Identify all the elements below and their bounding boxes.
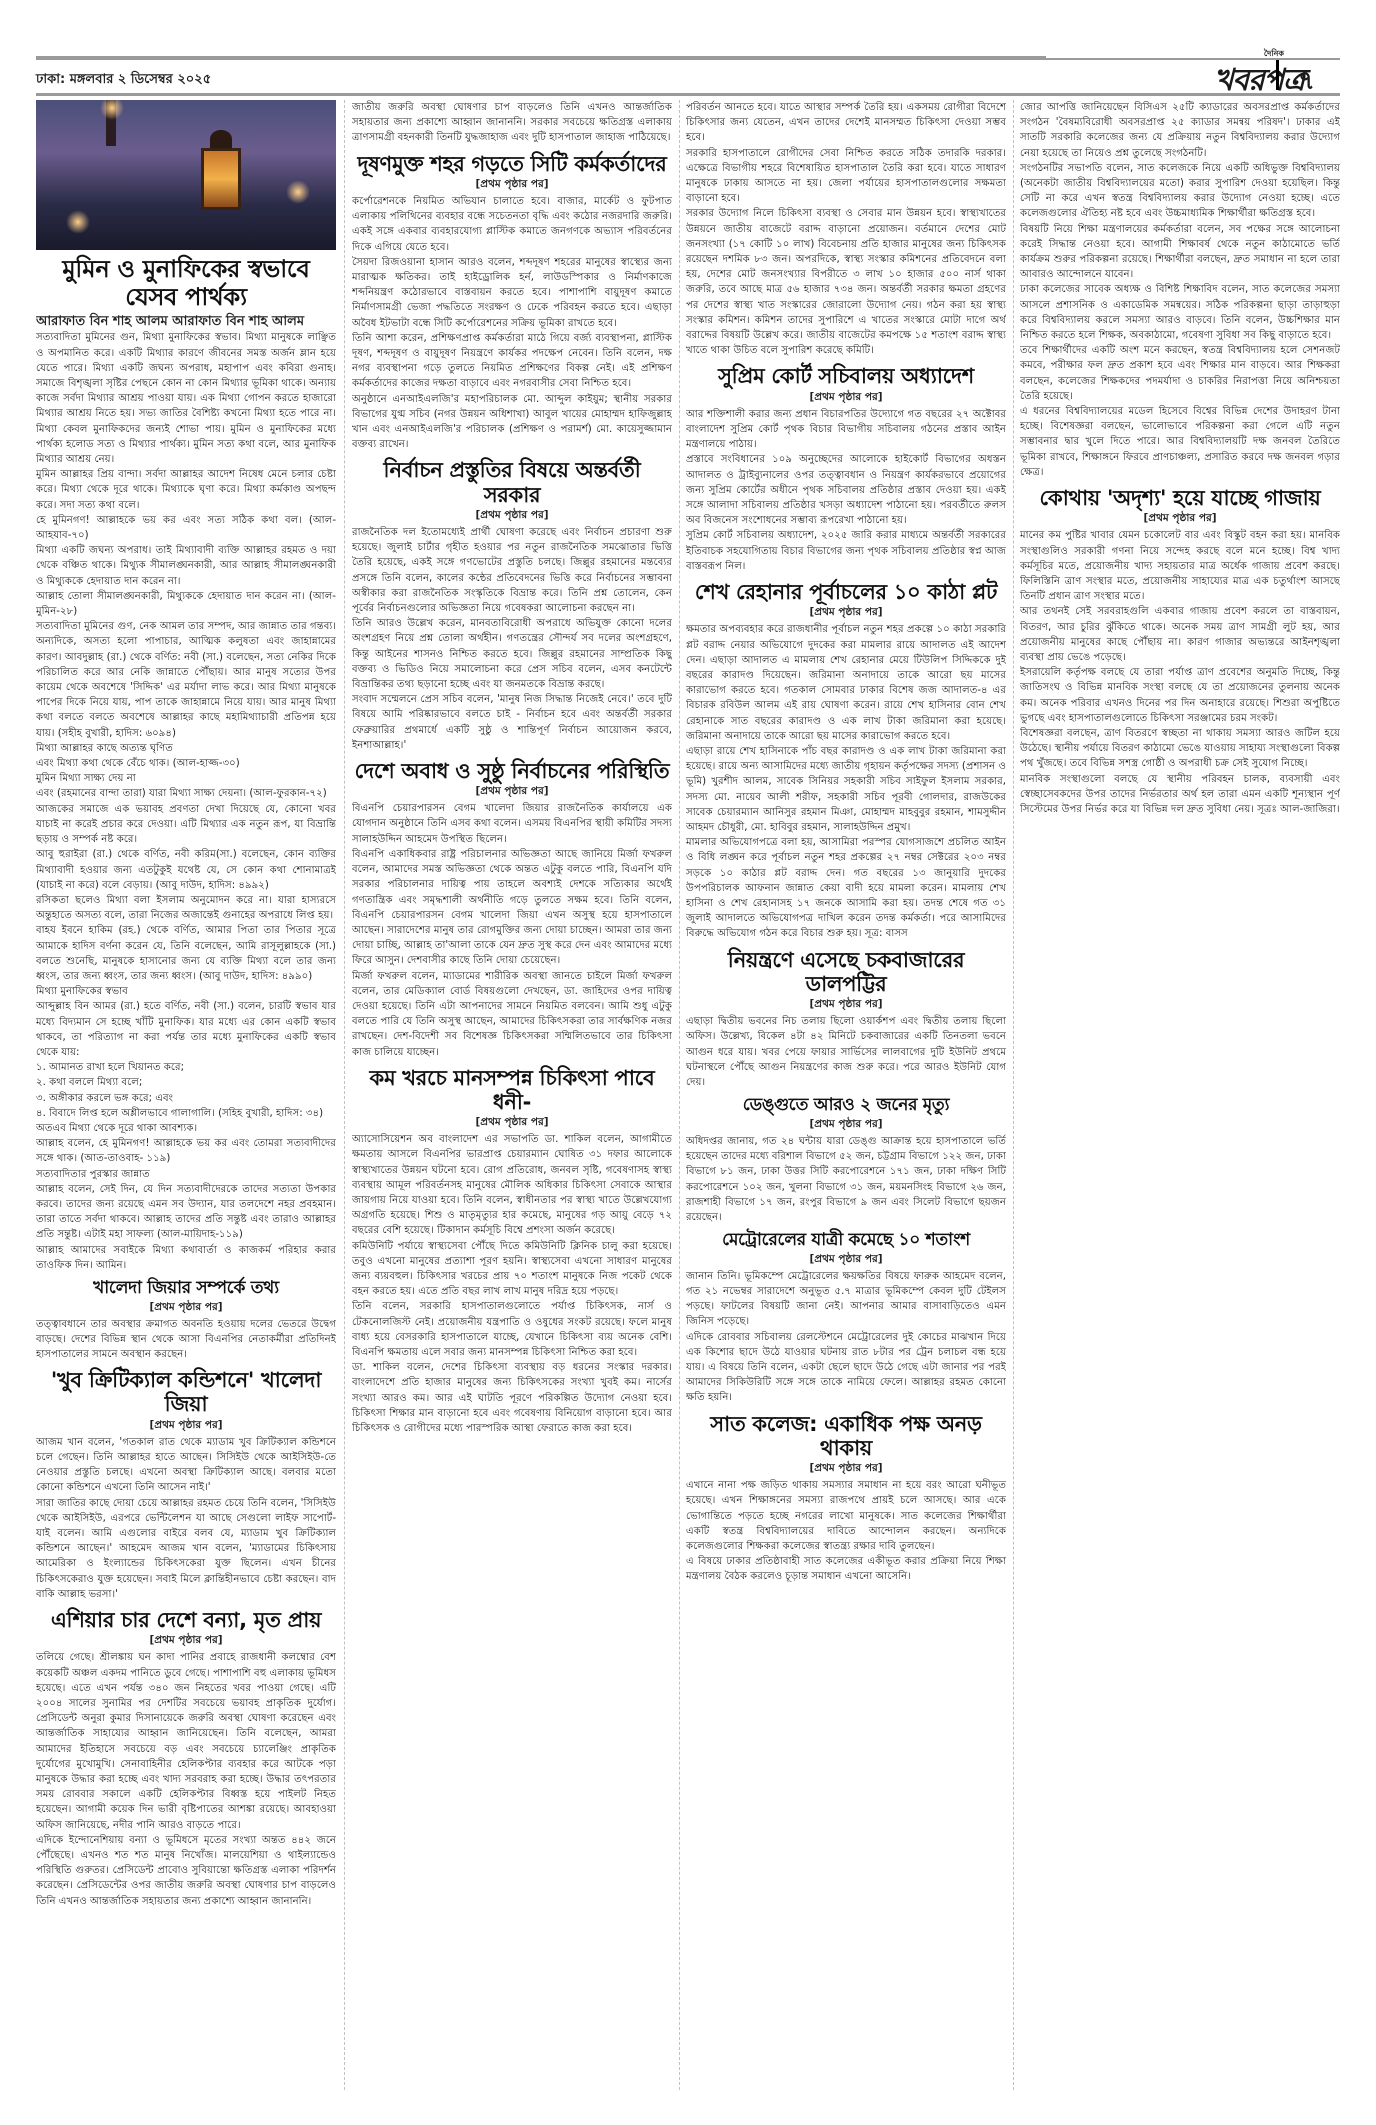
paragraph: মানবিক সংস্থাগুলো বলছে যে স্থানীয় পরিবহ… (1020, 772, 1340, 818)
article-headline: নির্বাচন প্রস্তুতির বিষয়ে অন্তর্বর্তী স… (352, 458, 672, 506)
paragraph: সারা জাতির কাছে দোয়া চেয়ে আল্লাহর রহমত… (36, 1496, 336, 1602)
lead-text: জোর আপত্তি জানিয়েছেন বিসিএস ২৫টি ক্যাডা… (1020, 100, 1340, 161)
article-election-prep: নির্বাচন প্রস্তুতির বিষয়ে অন্তর্বর্তী স… (352, 458, 672, 753)
continued-label: [প্রথম পৃষ্ঠার পর] (686, 1117, 1006, 1132)
paragraph: আজম খান বলেন, 'গতকাল রাত থেকে ম্যাডাম খু… (36, 1435, 336, 1496)
continued-label: [প্রথম পৃষ্ঠার পর] (352, 177, 672, 192)
paragraph: সংবাদ সম্মেলনে প্রেস সচিব বলেন, 'মানুষ ন… (352, 692, 672, 753)
article-pollution-free-city: দূষণমুক্ত শহর গড়তে সিটি কর্মকর্তাদের [প… (352, 152, 672, 453)
paragraph: বিষয়টি নিয়ে শিক্ষা মন্ত্রণালয়ের কর্মক… (1020, 222, 1340, 283)
article-headline: সাত কলেজ: একাধিক পক্ষ অনড় থাকায় (686, 1412, 1006, 1460)
article-body: সত্যবাদিতা মুমিনের গুন, মিথ্যা মুনাফিকের… (36, 330, 336, 1273)
paragraph: এবং (রহমানের বান্দা তারা) যারা মিথ্যা সা… (36, 786, 336, 801)
paragraph: আর শক্তিশালী করার জন্য প্রধান বিচারপতির … (686, 407, 1006, 453)
paragraph: এখানে নানা পক্ষ জড়িত থাকায় সমস্যার সমা… (686, 1478, 1006, 1554)
paragraph: কর্পোরেশনকে নিয়মিত অভিযান চালাতে হবে। ব… (352, 194, 672, 255)
column-1: মুমিন ও মুনাফিকের স্বভাবে যেসব পার্থক্য … (36, 100, 336, 2060)
paragraph: তলিয়ে গেছে। শ্রীলঙ্কায় ঘন কাদা পানির প… (36, 1650, 336, 1832)
paragraph: মিথ্যা আল্লাহর কাছে অত্যন্ত ঘৃণিত (36, 741, 336, 756)
paragraph: সত্যবাদিতা মুমিনের গুন, মিথ্যা মুনাফিকের… (36, 330, 336, 467)
paragraph: অধিদপ্তর জানায়, গত ২৪ ঘন্টায় যারা ডেঙ্… (686, 1134, 1006, 1225)
paragraph: সৈয়দা রিজওয়ানা হাসান আরও বলেন, শব্দদূষ… (352, 255, 672, 331)
article-metrorail: মেট্রোরেলের যাত্রী কমেছে ১০ শতাংশ [প্রথম… (686, 1231, 1006, 1406)
article-seven-colleges-continued: সংগঠনটির সভাপতি বলেন, সাত কলেজকে নিয়ে এ… (1020, 161, 1340, 480)
continued-label: [প্রথম পৃষ্ঠার পর] (352, 1115, 672, 1130)
paragraph: মুমিন মিথ্যা সাক্ষ্য দেয় না (36, 771, 336, 786)
continued-label: [প্রথম পৃষ্ঠার পর] (352, 784, 672, 799)
paragraph: সত্যবাদিতার পুরস্কার জান্নাত (36, 1167, 336, 1182)
paragraph: ৩. অঙ্গীকার করলে ভঙ্গ করে; এবং (36, 1091, 336, 1106)
article-headline: কোথায় 'অদৃশ্য' হয়ে যাচ্ছে গাজায় (1020, 486, 1340, 510)
paragraph: প্রস্তাবে সংবিধানের ১০৯ অনুচ্ছেদের আলোকে… (686, 452, 1006, 528)
paragraph: এ ধরনের বিশ্ববিদ্যালয়ের মডেল হিসেবে বিশ… (1020, 404, 1340, 480)
lantern-moon-photo (36, 100, 336, 250)
continued-label: [প্রথম পৃষ্ঠার পর] (36, 1300, 336, 1315)
lead-text: জাতীয় জরুরি অবস্থা ঘোষণার চাপ বাড়লেও ত… (352, 100, 672, 146)
paragraph: এ বিষয়ে ঢাকার প্রতিষ্ঠাবাহী সাত কলেজের … (686, 1554, 1006, 1584)
paragraph: এছাড়া রায়ে শেখ হাসিনাকে পাঁচ বছর কারাদ… (686, 744, 1006, 835)
paragraph: ঢাকা কলেজের সাবেক অধ্যক্ষ ও বিশিষ্ট শিক্… (1020, 282, 1340, 343)
newspaper-logo: দৈনিক খবরপত্র (1178, 46, 1308, 92)
paragraph: বিএনপি চেয়ারপারসন বেগম খালেদা জিয়ার রা… (352, 801, 672, 847)
page-number: ৭ (1298, 60, 1315, 104)
continued-label: [প্রথম পৃষ্ঠার পর] (686, 1252, 1006, 1267)
article-dengue: ডেঙ্গুতে আরও ২ জনের মৃত্যু [প্রথম পৃষ্ঠা… (686, 1096, 1006, 1225)
paragraph: আল্লাহ আমাদের সবাইকে মিথ্যা কথাবার্তা ও … (36, 1243, 336, 1273)
continued-label: [প্রথম পৃষ্ঠার পর] (686, 390, 1006, 405)
masthead: ঢাকা: মঙ্গলবার ২ ডিসেম্বর ২০২৫ দৈনিক খবর… (36, 56, 1340, 96)
paragraph: মুমিন আল্লাহর প্রিয় বান্দা। সর্বদা আল্ল… (36, 467, 336, 513)
article-headline: 'খুব ক্রিটিক্যাল কন্ডিশনে' খালেদা জিয়া (36, 1368, 336, 1416)
continued-label: [প্রথম পৃষ্ঠার পর] (686, 1461, 1006, 1476)
article-khaleda-info: খালেদা জিয়ার সম্পর্কে তথ্য [প্রথম পৃষ্ঠ… (36, 1279, 336, 1362)
article-byline: আরাফাত বিন শাহ আলম আরাফাত বিন শাহ আলম (36, 314, 336, 329)
paragraph: সুপ্রিম কোর্ট সচিবালয় অধ্যাদেশ, ২০২৫ জা… (686, 528, 1006, 574)
article-headline: সুপ্রিম কোর্ট সচিবালয় অধ্যাদেশ (686, 364, 1006, 388)
article-chawkbazar-fire: নিয়ন্ত্রণে এসেছে চকবাজারের ডালপট্টির [প… (686, 948, 1006, 1091)
continued-label: [প্রথম পৃষ্ঠার পর] (36, 1633, 336, 1648)
article-headline: শেখ রেহানার পূর্বাচলের ১০ কাঠা প্লট (686, 580, 1006, 604)
paragraph: এবং মিথ্যা কথা থেকে বেঁচে থাক। (আল-হাজ্জ… (36, 756, 336, 771)
newspaper-page: ঢাকা: মঙ্গলবার ২ ডিসেম্বর ২০২৫ দৈনিক খবর… (36, 0, 1340, 2125)
paragraph: অনুষ্ঠানে এনআইএলজি'র মহাপরিচালক মো. আব্দ… (352, 392, 672, 453)
article-purbachal-plot: শেখ রেহানার পূর্বাচলের ১০ কাঠা প্লট [প্র… (686, 580, 1006, 942)
masthead-bottom-rule (36, 93, 1340, 96)
paragraph: আর তথনই সেই সরবরাহগুলি একবার গাজায় প্রব… (1020, 604, 1340, 665)
column-3: পরিবর্তন আনতে হবে। যাতে আস্থার সম্পর্ক ত… (686, 100, 1006, 2080)
article-asia-flood: এশিয়ার চার দেশে বন্যা, মৃত প্রায় [প্রথ… (36, 1608, 336, 1909)
paragraph: তিনি বলেন, সরকারি হাসপাতালগুলোতে পর্যাপ্… (352, 1299, 672, 1360)
masthead-top-rule (36, 56, 1046, 60)
article-headline: মুমিন ও মুনাফিকের স্বভাবে যেসব পার্থক্য (36, 256, 336, 311)
paragraph: হে মুমিনগণ! আল্লাহকে ভয় কর এবং সত্য সঠি… (36, 513, 336, 543)
paragraph: তিনি আরও উল্লেখ করেন, মানবতাবিরোধী অপরাধ… (352, 616, 672, 692)
paragraph: তবে শিক্ষার্থীদের একটি অংশ মনে করছেন, স্… (1020, 343, 1340, 404)
paragraph: মানের কম পুষ্টির খাবার যেমন চকোলেট বার এ… (1020, 528, 1340, 604)
paragraph: এদিকে ইন্দোনেশিয়ায় বন্যা ও ভূমিধসে মৃত… (36, 1833, 336, 1909)
paragraph: ডা. শাকিল বলেন, দেশের চিকিৎসা ব্যবস্থায়… (352, 1360, 672, 1436)
paragraph: বাহয ইবনে হাকিম (রহ.) থেকে বর্ণিত, আমার … (36, 923, 336, 984)
column-divider (679, 100, 680, 2090)
paragraph: তিনি আশা করেন, প্রশিক্ষণপ্রাপ্ত কর্মকর্ত… (352, 331, 672, 392)
paragraph: সত্যবাদিতা মুমিনের গুণ, নেক আমল তার সম্প… (36, 619, 336, 741)
column-4: জোর আপত্তি জানিয়েছেন বিসিএস ২৫টি ক্যাডা… (1020, 100, 1340, 2080)
paragraph: জানান তিনি। ভূমিকম্পে মেট্রোরেলের ক্ষয়ক… (686, 1269, 1006, 1330)
article-seven-colleges: সাত কলেজ: একাধিক পক্ষ অনড় থাকায় [প্রথম… (686, 1412, 1006, 1585)
lantern-icon (196, 130, 246, 220)
paragraph: মির্জা ফখরুল বলেন, ম্যাডামের শারীরিক অবস… (352, 969, 672, 1060)
paragraph: ১. আমানত রাখা হলে খিয়ানত করে; (36, 1060, 336, 1075)
continued-label: [প্রথম পৃষ্ঠার পর] (686, 997, 1006, 1012)
paragraph: মামলার অভিযোগপত্রে বলা হয়, আসামিরা পরস্… (686, 835, 1006, 941)
continued-label: [প্রথম পৃষ্ঠার পর] (686, 605, 1006, 620)
paragraph: আল্লাহ বলেন, হে মুমিনগণ! আল্লাহকে ভয় কর… (36, 1136, 336, 1166)
article-gaza-aid: কোথায় 'অদৃশ্য' হয়ে যাচ্ছে গাজায় [প্রথ… (1020, 486, 1340, 817)
column-2: জাতীয় জরুরি অবস্থা ঘোষণার চাপ বাড়লেও ত… (352, 100, 672, 2080)
paragraph: অ্যাসোসিয়েশন অব বাংলাদেশ এর সভাপতি ডা. … (352, 1132, 672, 1238)
paragraph: বিশেষজ্ঞরা বলছেন, ত্রাণ বিতরণে স্বচ্ছতা … (1020, 726, 1340, 772)
paragraph: সরকারি হাসপাতালে রোগীদের সেবা নিশ্চিত কর… (686, 146, 1006, 207)
article-critical-condition: 'খুব ক্রিটিক্যাল কন্ডিশনে' খালেদা জিয়া … (36, 1368, 336, 1602)
continued-label: [প্রথম পৃষ্ঠার পর] (1020, 511, 1340, 526)
paragraph: ৪. বিবাদে লিপ্ত হলে অশ্লীলভাবে গালাগালি।… (36, 1106, 336, 1121)
article-headline: দূষণমুক্ত শহর গড়তে সিটি কর্মকর্তাদের (352, 152, 672, 176)
article-supreme-court-secretariat: সুপ্রিম কোর্ট সচিবালয় অধ্যাদেশ [প্রথম প… (686, 364, 1006, 574)
article-headline: নিয়ন্ত্রণে এসেছে চকবাজারের ডালপট্টির (686, 948, 1006, 996)
paragraph: অতএব মিথ্যা থেকে দূরে থাকা আবশ্যক। (36, 1121, 336, 1136)
article-headline: ডেঙ্গুতে আরও ২ জনের মৃত্যু (686, 1096, 1006, 1116)
article-health-continued: সরকারি হাসপাতালে রোগীদের সেবা নিশ্চিত কর… (686, 146, 1006, 359)
paragraph: মিথ্যা মুনাফিকের স্বভাব (36, 984, 336, 999)
paragraph: তত্ত্বাবধানে তার অবস্থার ক্রমাগত অবনতি হ… (36, 1317, 336, 1363)
article-headline: দেশে অবাধ ও সুষ্ঠু নির্বাচনের পরিস্থিতি (352, 759, 672, 783)
paragraph: বিএনপি একাধিকবার রাষ্ট্র পরিচালনার অভিজ্… (352, 847, 672, 969)
continued-label: [প্রথম পৃষ্ঠার পর] (36, 1418, 336, 1433)
column-divider (344, 100, 345, 2090)
article-headline: কম খরচে মানসম্পন্ন চিকিৎসা পাবে ধনী- (352, 1066, 672, 1114)
paragraph: সংগঠনটির সভাপতি বলেন, সাত কলেজকে নিয়ে এ… (1020, 161, 1340, 222)
paragraph: ২. কথা বললে মিথ্যা বলে; (36, 1075, 336, 1090)
paragraph: এছাড়া দ্বিতীয় ভবনের নিচ তলায় ছিলো ওয়… (686, 1014, 1006, 1090)
paragraph: এদিকে রোববার সচিবালয় রেলস্টেশনে মেট্রোর… (686, 1330, 1006, 1406)
paragraph: রাজনৈতিক দল ইতোমধ্যেই প্রার্থী ঘোষণা করে… (352, 525, 672, 616)
article-headline: মেট্রোরেলের যাত্রী কমেছে ১০ শতাংশ (686, 1231, 1006, 1251)
paragraph: আবু হুরাইরা (রা.) থেকে বর্ণিত, নবী করিম(… (36, 847, 336, 893)
paragraph: আল্লাহ বলেন, সেই দিন, যে দিন সত্যবাদীদের… (36, 1182, 336, 1243)
paragraph: ক্ষমতার অপব্যবহার করে রাজধানীর পূর্বাচল … (686, 622, 1006, 744)
column-divider (1013, 100, 1014, 2090)
continued-label: [প্রথম পৃষ্ঠার পর] (352, 508, 672, 523)
article-low-cost-treatment: কম খরচে মানসম্পন্ন চিকিৎসা পাবে ধনী- [প্… (352, 1066, 672, 1437)
paragraph: মিথ্যা একটি জঘন্য অপরাধ। তাই মিথ্যাবাদী … (36, 543, 336, 589)
paragraph: ইসরায়েলি কর্তৃপক্ষ বলছে যে তারা পর্যাপ্… (1020, 665, 1340, 726)
paragraph: আজকের সমাজে এক ভয়াবহ প্রবণতা দেখা দিয়ে… (36, 802, 336, 848)
paragraph: আব্দুল্লাহ বিন আমর (রা.) হতে বর্ণিত, নবী… (36, 999, 336, 1060)
article-mumin: মুমিন ও মুনাফিকের স্বভাবে যেসব পার্থক্য … (36, 256, 336, 1273)
paragraph: রসিকতা ছলেও মিথ্যা বলা ইসলাম অনুমোদন করে… (36, 893, 336, 923)
lead-text: পরিবর্তন আনতে হবে। যাতে আস্থার সম্পর্ক ত… (686, 100, 1006, 146)
paragraph: কমিউনিটি পর্যায়ে স্বাস্থ্যসেবা পৌঁছে দি… (352, 1239, 672, 1300)
paragraph: সরকার উদ্যোগ নিলে চিকিৎসা ব্যবস্থা ও সেব… (686, 206, 1006, 358)
article-headline: খালেদা জিয়ার সম্পর্কে তথ্য (36, 1279, 336, 1299)
article-free-fair-election: দেশে অবাধ ও সুষ্ঠু নির্বাচনের পরিস্থিতি … (352, 759, 672, 1060)
dateline: ঢাকা: মঙ্গলবার ২ ডিসেম্বর ২০২৫ (36, 70, 211, 91)
paragraph: আল্লাহ তোলা সীমালঙ্ঘনকারী, মিথ্যুককে হেদ… (36, 589, 336, 619)
article-headline: এশিয়ার চার দেশে বন্যা, মৃত প্রায় (36, 1608, 336, 1632)
logo-divider (1276, 60, 1279, 90)
